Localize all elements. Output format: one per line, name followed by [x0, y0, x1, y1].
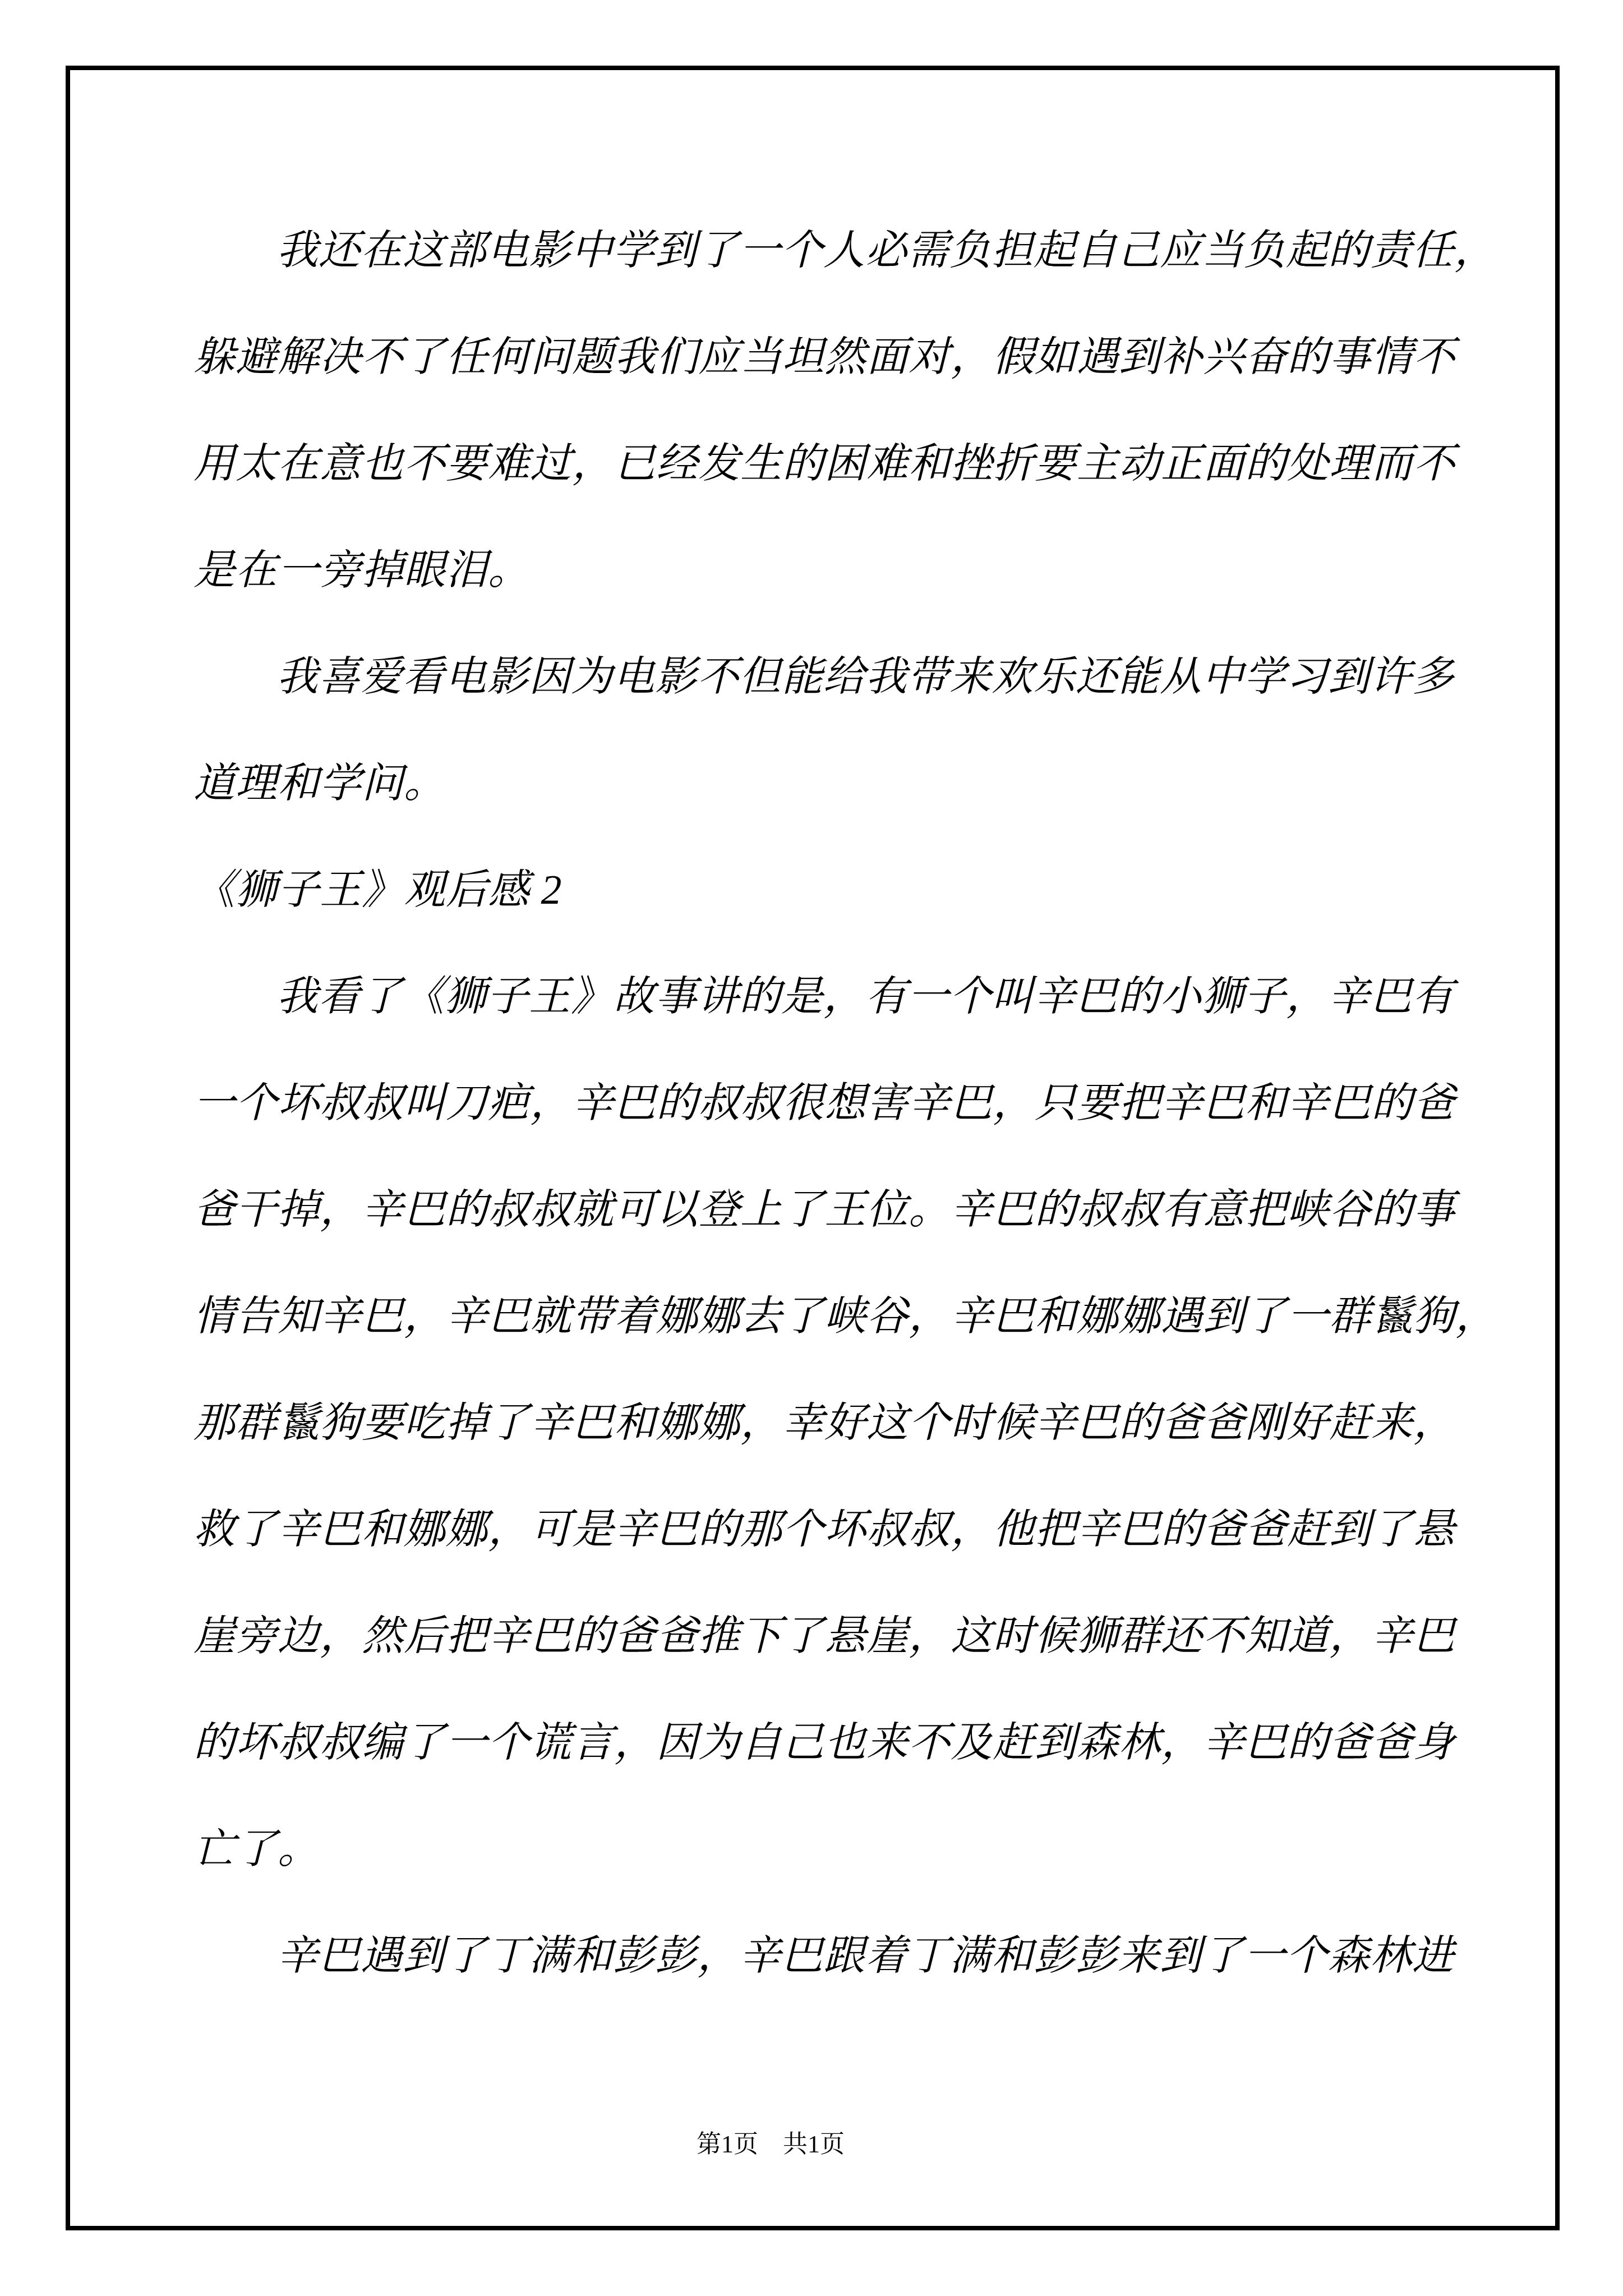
text-line: 我还在这部电影中学到了一个人必需负担起自己应当负起的责任， [193, 197, 1460, 304]
text-line: 是在一旁掉眼泪。 [193, 517, 1460, 624]
text-line: 道理和学问。 [193, 730, 1460, 837]
text-line: 的坏叔叔编了一个谎言，因为自己也来不及赶到森林，辛巴的爸爸身 [193, 1690, 1460, 1796]
text-line: 那群鬣狗要吃掉了辛巴和娜娜，幸好这个时候辛巴的爸爸刚好赶来， [193, 1370, 1460, 1476]
page-border: 我还在这部电影中学到了一个人必需负担起自己应当负起的责任，躲避解决不了任何问题我… [66, 66, 1560, 2230]
document-body: 我还在这部电影中学到了一个人必需负担起自己应当负起的责任，躲避解决不了任何问题我… [193, 197, 1460, 2009]
text-line: 爸干掉，辛巴的叔叔就可以登上了王位。辛巴的叔叔有意把峡谷的事 [193, 1157, 1460, 1263]
text-line: 我喜爱看电影因为电影不但能给我带来欢乐还能从中学习到许多 [193, 624, 1460, 730]
document-page: 我还在这部电影中学到了一个人必需负担起自己应当负起的责任，躲避解决不了任何问题我… [0, 0, 1623, 2296]
text-line: 救了辛巴和娜娜，可是辛巴的那个坏叔叔，他把辛巴的爸爸赶到了悬 [193, 1476, 1460, 1583]
text-line: 一个坏叔叔叫刀疤，辛巴的叔叔很想害辛巴，只要把辛巴和辛巴的爸 [193, 1050, 1460, 1157]
text-line: 崖旁边，然后把辛巴的爸爸推下了悬崖，这时候狮群还不知道，辛巴 [193, 1583, 1460, 1690]
text-line: 情告知辛巴，辛巴就带着娜娜去了峡谷，辛巴和娜娜遇到了一群鬣狗， [193, 1263, 1460, 1370]
text-line: 《狮子王》观后感 2 [193, 837, 1460, 944]
text-line: 辛巴遇到了丁满和彭彭，辛巴跟着丁满和彭彭来到了一个森林进 [193, 1903, 1460, 2009]
text-line: 亡了。 [193, 1796, 1460, 1903]
page-footer: 第1页 共1页 [70, 2130, 1471, 2160]
text-line: 用太在意也不要难过，已经发生的困难和挫折要主动正面的处理而不 [193, 411, 1460, 517]
text-line: 躲避解决不了任何问题我们应当坦然面对，假如遇到补兴奋的事情不 [193, 304, 1460, 411]
text-line: 我看了《狮子王》故事讲的是，有一个叫辛巴的小狮子，辛巴有 [193, 944, 1460, 1050]
